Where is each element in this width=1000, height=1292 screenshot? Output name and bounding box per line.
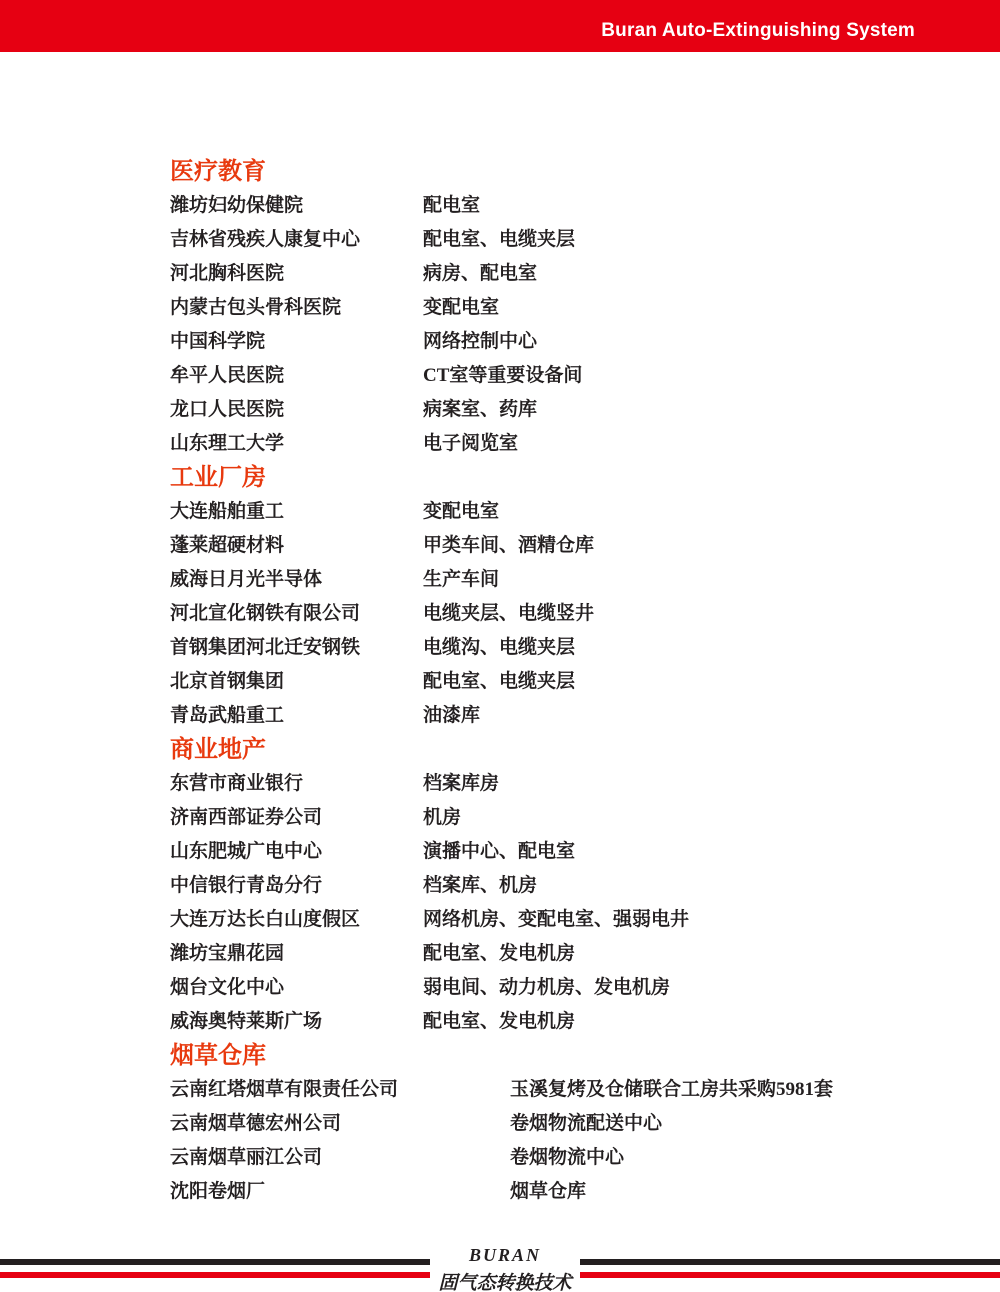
reference-row: 威海奥特莱斯广场配电室、发电机房 [170, 1005, 910, 1039]
client-name: 龙口人民医院 [170, 393, 423, 427]
protected-location: 卷烟物流中心 [510, 1141, 910, 1175]
section: 烟草仓库云南红塔烟草有限责任公司玉溪复烤及仓储联合工房共采购5981套云南烟草德… [170, 1039, 910, 1209]
protected-location: 电缆沟、电缆夹层 [423, 631, 910, 665]
client-name: 首钢集团河北迁安钢铁 [170, 631, 423, 665]
client-name: 河北宣化钢铁有限公司 [170, 597, 423, 631]
client-name: 中国科学院 [170, 325, 423, 359]
reference-row: 东营市商业银行档案库房 [170, 767, 910, 801]
reference-row: 中国科学院网络控制中心 [170, 325, 910, 359]
client-name: 吉林省残疾人康复中心 [170, 223, 423, 257]
footer-brand-text: BURAN [430, 1245, 580, 1266]
protected-location: 变配电室 [423, 495, 910, 529]
client-name: 蓬莱超硬材料 [170, 529, 423, 563]
protected-location: 电缆夹层、电缆竖井 [423, 597, 910, 631]
reference-row: 济南西部证券公司机房 [170, 801, 910, 835]
reference-row: 云南烟草德宏州公司卷烟物流配送中心 [170, 1107, 910, 1141]
protected-location: 配电室 [423, 189, 910, 223]
protected-location: 变配电室 [423, 291, 910, 325]
protected-location: 演播中心、配电室 [423, 835, 910, 869]
client-name: 东营市商业银行 [170, 767, 423, 801]
section: 商业地产东营市商业银行档案库房济南西部证券公司机房山东肥城广电中心演播中心、配电… [170, 733, 910, 1039]
section: 工业厂房大连船舶重工变配电室蓬莱超硬材料甲类车间、酒精仓库威海日月光半导体生产车… [170, 461, 910, 733]
reference-row: 大连万达长白山度假区网络机房、变配电室、强弱电井 [170, 903, 910, 937]
section-heading: 商业地产 [170, 733, 910, 767]
protected-location: 玉溪复烤及仓储联合工房共采购5981套 [510, 1073, 910, 1107]
reference-row: 烟台文化中心弱电间、动力机房、发电机房 [170, 971, 910, 1005]
reference-row: 河北胸科医院病房、配电室 [170, 257, 910, 291]
reference-row: 威海日月光半导体生产车间 [170, 563, 910, 597]
protected-location: 卷烟物流配送中心 [510, 1107, 910, 1141]
section-heading: 工业厂房 [170, 461, 910, 495]
client-name: 沈阳卷烟厂 [170, 1175, 510, 1209]
client-name: 青岛武船重工 [170, 699, 423, 733]
reference-row: 吉林省残疾人康复中心配电室、电缆夹层 [170, 223, 910, 257]
reference-row: 北京首钢集团配电室、电缆夹层 [170, 665, 910, 699]
reference-row: 内蒙古包头骨科医院变配电室 [170, 291, 910, 325]
client-name: 烟台文化中心 [170, 971, 423, 1005]
protected-location: 油漆库 [423, 699, 910, 733]
client-name: 潍坊妇幼保健院 [170, 189, 423, 223]
reference-row: 大连船舶重工变配电室 [170, 495, 910, 529]
reference-row: 潍坊妇幼保健院配电室 [170, 189, 910, 223]
reference-row: 云南烟草丽江公司卷烟物流中心 [170, 1141, 910, 1175]
client-name: 山东理工大学 [170, 427, 423, 461]
client-name: 中信银行青岛分行 [170, 869, 423, 903]
protected-location: 病案室、药库 [423, 393, 910, 427]
protected-location: 弱电间、动力机房、发电机房 [423, 971, 910, 1005]
client-name: 云南烟草丽江公司 [170, 1141, 510, 1175]
section: 医疗教育潍坊妇幼保健院配电室吉林省残疾人康复中心配电室、电缆夹层河北胸科医院病房… [170, 155, 910, 461]
client-name: 北京首钢集团 [170, 665, 423, 699]
reference-row: 牟平人民医院CT室等重要设备间 [170, 359, 910, 393]
reference-row: 首钢集团河北迁安钢铁电缆沟、电缆夹层 [170, 631, 910, 665]
protected-location: 机房 [423, 801, 910, 835]
header-bar: Buran Auto-Extinguishing System [0, 0, 1000, 52]
reference-row: 青岛武船重工油漆库 [170, 699, 910, 733]
header-title: Buran Auto-Extinguishing System [601, 20, 915, 42]
client-name: 牟平人民医院 [170, 359, 423, 393]
protected-location: 烟草仓库 [510, 1175, 910, 1209]
client-name: 内蒙古包头骨科医院 [170, 291, 423, 325]
protected-location: 网络控制中心 [423, 325, 910, 359]
reference-row: 河北宣化钢铁有限公司电缆夹层、电缆竖井 [170, 597, 910, 631]
client-name: 山东肥城广电中心 [170, 835, 423, 869]
client-name: 威海日月光半导体 [170, 563, 423, 597]
reference-row: 云南红塔烟草有限责任公司玉溪复烤及仓储联合工房共采购5981套 [170, 1073, 910, 1107]
protected-location: 电子阅览室 [423, 427, 910, 461]
reference-row: 中信银行青岛分行档案库、机房 [170, 869, 910, 903]
client-name: 河北胸科医院 [170, 257, 423, 291]
client-name: 云南烟草德宏州公司 [170, 1107, 510, 1141]
reference-row: 蓬莱超硬材料甲类车间、酒精仓库 [170, 529, 910, 563]
reference-row: 潍坊宝鼎花园配电室、发电机房 [170, 937, 910, 971]
client-name: 大连万达长白山度假区 [170, 903, 423, 937]
protected-location: CT室等重要设备间 [423, 359, 910, 393]
client-name: 威海奥特莱斯广场 [170, 1005, 423, 1039]
protected-location: 档案库、机房 [423, 869, 910, 903]
footer-logo: BURAN 固气态转换技术 [430, 1240, 580, 1292]
reference-row: 山东肥城广电中心演播中心、配电室 [170, 835, 910, 869]
protected-location: 甲类车间、酒精仓库 [423, 529, 910, 563]
protected-location: 配电室、电缆夹层 [423, 223, 910, 257]
reference-row: 沈阳卷烟厂烟草仓库 [170, 1175, 910, 1209]
reference-list: 医疗教育潍坊妇幼保健院配电室吉林省残疾人康复中心配电室、电缆夹层河北胸科医院病房… [170, 155, 910, 1209]
section-heading: 烟草仓库 [170, 1039, 910, 1073]
protected-location: 配电室、发电机房 [423, 937, 910, 971]
client-name: 云南红塔烟草有限责任公司 [170, 1073, 510, 1107]
footer-tagline-text: 固气态转换技术 [430, 1268, 580, 1292]
client-name: 济南西部证券公司 [170, 801, 423, 835]
document-page: Buran Auto-Extinguishing System 医疗教育潍坊妇幼… [0, 0, 1000, 1292]
reference-row: 龙口人民医院病案室、药库 [170, 393, 910, 427]
protected-location: 网络机房、变配电室、强弱电井 [423, 903, 910, 937]
client-name: 潍坊宝鼎花园 [170, 937, 423, 971]
protected-location: 配电室、电缆夹层 [423, 665, 910, 699]
client-name: 大连船舶重工 [170, 495, 423, 529]
protected-location: 配电室、发电机房 [423, 1005, 910, 1039]
protected-location: 病房、配电室 [423, 257, 910, 291]
protected-location: 档案库房 [423, 767, 910, 801]
protected-location: 生产车间 [423, 563, 910, 597]
section-heading: 医疗教育 [170, 155, 910, 189]
reference-row: 山东理工大学电子阅览室 [170, 427, 910, 461]
